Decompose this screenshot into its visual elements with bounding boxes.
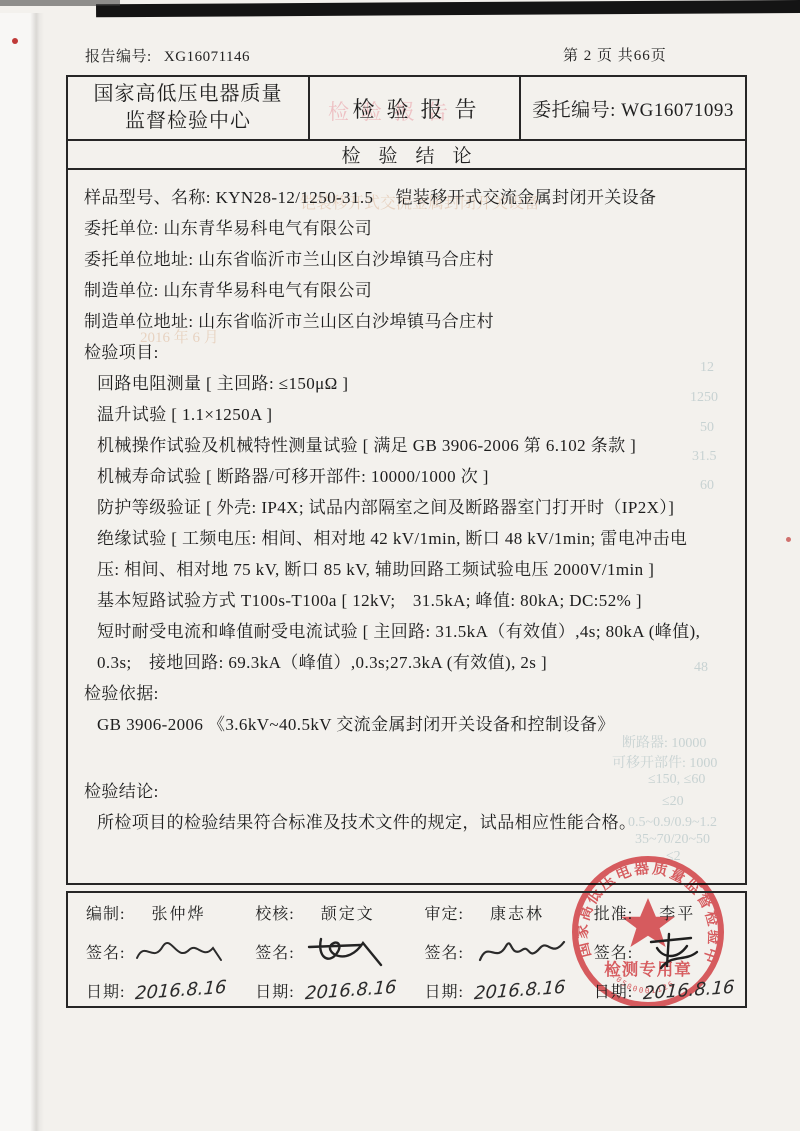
signature-role-cell: 校核: 颉定文 xyxy=(237,901,406,924)
report-line: 所检项目的检验结果符合标准及技术文件的规定，试品相应性能合格。 xyxy=(84,807,733,838)
role-label: 编制: xyxy=(86,901,125,924)
report-line: 压: 相间、相对地 75 kV, 断口 85 kV, 辅助回路工频试验电压 20… xyxy=(84,554,733,585)
role-name: 康志林 xyxy=(490,901,544,924)
issuing-org-line2: 监督检验中心 xyxy=(125,108,251,135)
signature-sign-cell: 签名: xyxy=(576,932,745,972)
report-line: 防护等级验证 [ 外壳: IP4X; 试品内部隔室之间及断路器室门打开时（IP2… xyxy=(84,492,733,523)
section-title: 检验结论 xyxy=(68,141,745,170)
report-line: 检验结论: xyxy=(84,776,733,807)
report-line: GB 3906-2006 《3.6kV~40.5kV 交流金属封闭开关设备和控制… xyxy=(84,709,733,740)
page-indicator: 第 2 页 共66页 xyxy=(563,44,667,65)
signature-role-cell: 编制: 张仲烨 xyxy=(68,901,237,924)
handwritten-signature xyxy=(303,935,389,969)
paper-crease xyxy=(30,13,44,1131)
signature-roles-row: 编制: 张仲烨 校核: 颉定文 审定: 康志林 批准: 李平 xyxy=(68,893,745,932)
issuing-org: 国家高低压电器质量 监督检验中心 xyxy=(68,77,308,139)
signature-sign-cell: 签名: xyxy=(237,935,406,969)
report-line: 短时耐受电流和峰值耐受电流试验 [ 主回路: 31.5kA（有效值）,4s; 8… xyxy=(84,616,733,647)
role-name: 张仲烨 xyxy=(151,901,205,924)
report-line: 委托单位地址: 山东省临沂市兰山区白沙埠镇马合庄村 xyxy=(84,244,733,275)
signature-role-cell: 审定: 康志林 xyxy=(407,901,576,924)
report-header-row: 国家高低压电器质量 监督检验中心 检验报告 委托编号: WG16071093 xyxy=(68,77,745,141)
date-label: 日期: xyxy=(594,979,633,1002)
report-number-value: XG16071146 xyxy=(164,49,250,65)
handwritten-date: 2016.8.16 xyxy=(643,977,736,1005)
role-label: 批准: xyxy=(594,901,633,924)
role-label: 校核: xyxy=(255,901,294,924)
report-line: 温升试验 [ 1.1×1250A ] xyxy=(84,399,733,430)
paper-left-margin xyxy=(0,13,30,1131)
signature-sign-row: 签名: 签名: 签名: 签名: xyxy=(68,932,745,971)
report-body: 样品型号、名称: KYN28-12/1250-31.5 铠装移开式交流金属封闭开… xyxy=(68,170,745,838)
sign-label: 签名: xyxy=(86,940,125,963)
report-line: 样品型号、名称: KYN28-12/1250-31.5 铠装移开式交流金属封闭开… xyxy=(84,182,733,213)
role-name: 颉定文 xyxy=(321,901,375,924)
report-number: 报告编号: XG16071146 xyxy=(85,45,250,66)
sign-label: 签名: xyxy=(255,940,294,963)
report-line: 制造单位地址: 山东省临沂市兰山区白沙埠镇马合庄村 xyxy=(84,306,733,337)
role-label: 审定: xyxy=(425,901,464,924)
handwritten-date: 2016.8.16 xyxy=(473,977,566,1005)
commission-number: 委托编号: WG16071093 xyxy=(521,77,745,139)
handwritten-date: 2016.8.16 xyxy=(135,977,228,1005)
signature-role-cell: 批准: 李平 xyxy=(576,901,745,924)
report-table: 国家高低压电器质量 监督检验中心 检验报告 委托编号: WG16071093 检… xyxy=(66,75,747,885)
scanner-edge-corner xyxy=(0,0,120,6)
report-line: 回路电阻测量 [ 主回路: ≤150μΩ ] xyxy=(84,368,733,399)
report-line: 机械操作试验及机械特性测量试验 [ 满足 GB 3906-2006 第 6.10… xyxy=(84,430,733,461)
handwritten-signature xyxy=(472,934,568,970)
signature-sign-cell: 签名: xyxy=(68,936,237,968)
date-label: 日期: xyxy=(255,979,294,1002)
report-title: 检验报告 xyxy=(308,77,521,139)
handwritten-date: 2016.8.16 xyxy=(304,977,397,1005)
signature-date-row: 日期: 2016.8.16 日期: 2016.8.16 日期: 2016.8.1… xyxy=(68,971,745,1010)
report-line: 制造单位: 山东青华易科电气有限公司 xyxy=(84,275,733,306)
handwritten-signature xyxy=(641,932,705,972)
report-line: 绝缘试验 [ 工频电压: 相间、相对地 42 kV/1min, 断口 48 kV… xyxy=(84,523,733,554)
sign-label: 签名: xyxy=(425,940,464,963)
scanner-edge-strip xyxy=(96,0,800,17)
issuing-org-line1: 国家高低压电器质量 xyxy=(94,81,283,108)
ink-speck xyxy=(12,38,18,44)
signature-sign-cell: 签名: xyxy=(407,934,576,970)
handwritten-signature xyxy=(133,936,225,968)
signature-date-cell: 日期: 2016.8.16 xyxy=(407,979,576,1002)
report-line: 检验依据: xyxy=(84,678,733,709)
role-name: 李平 xyxy=(659,901,695,924)
report-number-label: 报告编号: xyxy=(85,49,152,65)
ink-speck xyxy=(786,537,791,542)
signature-date-cell: 日期: 2016.8.16 xyxy=(68,979,237,1002)
signature-date-cell: 日期: 2016.8.16 xyxy=(576,979,745,1002)
report-line: 机械寿命试验 [ 断路器/可移开部件: 10000/1000 次 ] xyxy=(84,461,733,492)
signature-table: 编制: 张仲烨 校核: 颉定文 审定: 康志林 批准: 李平 签名: 签名: xyxy=(66,891,747,1008)
report-line: 基本短路试验方式 T100s-T100a [ 12kV; 31.5kA; 峰值:… xyxy=(84,585,733,616)
date-label: 日期: xyxy=(425,979,464,1002)
report-line: 0.3s; 接地回路: 69.3kA（峰值）,0.3s;27.3kA (有效值)… xyxy=(84,647,733,678)
report-line: 委托单位: 山东青华易科电气有限公司 xyxy=(84,213,733,244)
signature-date-cell: 日期: 2016.8.16 xyxy=(237,979,406,1002)
report-line: 检验项目: xyxy=(84,337,733,368)
date-label: 日期: xyxy=(86,979,125,1002)
sign-label: 签名: xyxy=(594,940,633,963)
scanned-report-page: 检验报告 铠装移开式交流金属封闭开关设备 2016 年 6 月 12 1250 … xyxy=(0,0,800,1131)
